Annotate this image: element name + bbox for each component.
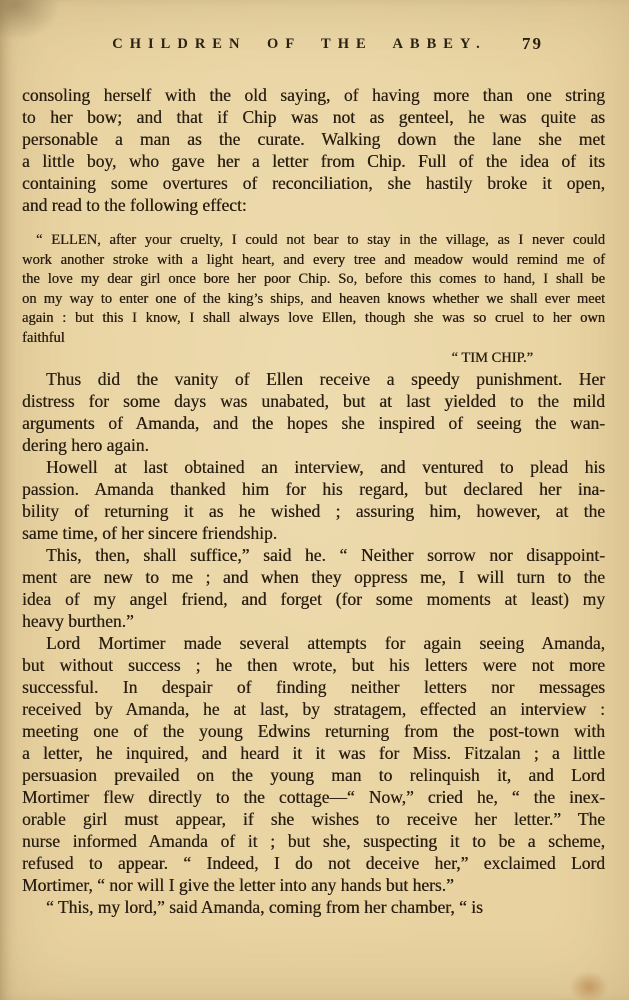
paragraph-lord-mortimer: Lord Mortimer made several attempts for … — [22, 632, 605, 896]
text-line: on my way to enter one of the king’s shi… — [22, 290, 605, 310]
text-line: orable girl must appear, if she wishes t… — [22, 808, 605, 830]
text-line: a letter, he inquired, and heard it it w… — [22, 742, 605, 764]
paragraph-howell-interview: Howell at last obtained an interview, an… — [22, 456, 605, 544]
text-line: a little boy, who gave her a letter from… — [22, 150, 605, 172]
text-line: bility of returning it as he wished ; as… — [22, 500, 605, 522]
text-line: nurse informed Amanda of it ; but she, s… — [22, 830, 605, 852]
text-line: same time, of her sincere friendship. — [22, 522, 605, 544]
text-line: arguments of Amanda, and the hopes she i… — [22, 412, 605, 434]
text-line: Thus did the vanity of Ellen receive a s… — [22, 368, 605, 390]
text-line: Mortimer, “ nor will I give the letter i… — [22, 874, 605, 896]
text-line: personable a man as the curate. Walking … — [22, 128, 605, 150]
text-line: faithful — [22, 329, 605, 349]
text-line: work another stroke with a light heart, … — [22, 251, 605, 271]
text-line: ment are new to me ; and when they oppre… — [22, 566, 605, 588]
text-line: again : but this I know, I shall always … — [22, 309, 605, 329]
text-line: Mortimer flew directly to the cottage—“ … — [22, 786, 605, 808]
text-line: heavy burthen.” — [22, 610, 605, 632]
letter-signature: “ TIM CHIP.” — [22, 349, 605, 369]
text-line: refused to appear. “ Indeed, I do not de… — [22, 852, 605, 874]
paragraph-continuation: consoling herself with the old saying, o… — [22, 84, 605, 216]
paragraph-ellen-punishment: Thus did the vanity of Ellen receive a s… — [22, 368, 605, 456]
text-line: persuasion prevailed on the young man to… — [22, 764, 605, 786]
text-line: passion. Amanda thanked him for his rega… — [22, 478, 605, 500]
running-header: CHILDREN OF THE ABBEY. 79 — [22, 36, 605, 58]
text-line: dering hero again. — [22, 434, 605, 456]
text-line: successful. In despair of finding neithe… — [22, 676, 605, 698]
text-line: received by Amanda, he at last, by strat… — [22, 698, 605, 720]
text-line: consoling herself with the old saying, o… — [22, 84, 605, 106]
page-number: 79 — [522, 34, 543, 54]
text-line: containing some overtures of reconciliat… — [22, 172, 605, 194]
text-line: “ This, my lord,” said Amanda, coming fr… — [22, 896, 605, 918]
text-line: to her bow; and that if Chip was not as … — [22, 106, 605, 128]
paragraph-this-shall-suffice: This, then, shall suffice,” said he. “ N… — [22, 544, 605, 632]
text-line: but without success ; he then wrote, but… — [22, 654, 605, 676]
page-title: CHILDREN OF THE ABBEY. — [8, 36, 591, 53]
page-body: consoling herself with the old saying, o… — [22, 84, 605, 918]
text-line: and read to the following effect: — [22, 194, 605, 216]
text-line: “ ELLEN, after your cruelty, I could not… — [22, 231, 605, 251]
text-line: idea of my angel friend, and forget (for… — [22, 588, 605, 610]
text-line: distress for some days was unabated, but… — [22, 390, 605, 412]
letter-excerpt: “ ELLEN, after your cruelty, I could not… — [22, 231, 605, 368]
text-line: Lord Mortimer made several attempts for … — [22, 632, 605, 654]
book-page: CHILDREN OF THE ABBEY. 79 consoling hers… — [0, 0, 629, 1000]
text-line: This, then, shall suffice,” said he. “ N… — [22, 544, 605, 566]
paragraph-this-my-lord: “ This, my lord,” said Amanda, coming fr… — [22, 896, 605, 918]
text-line: meeting one of the young Edwins returnin… — [22, 720, 605, 742]
page-stain — [563, 966, 615, 1000]
text-line: the love my dear girl once bore her poor… — [22, 270, 605, 290]
text-line: Howell at last obtained an interview, an… — [22, 456, 605, 478]
